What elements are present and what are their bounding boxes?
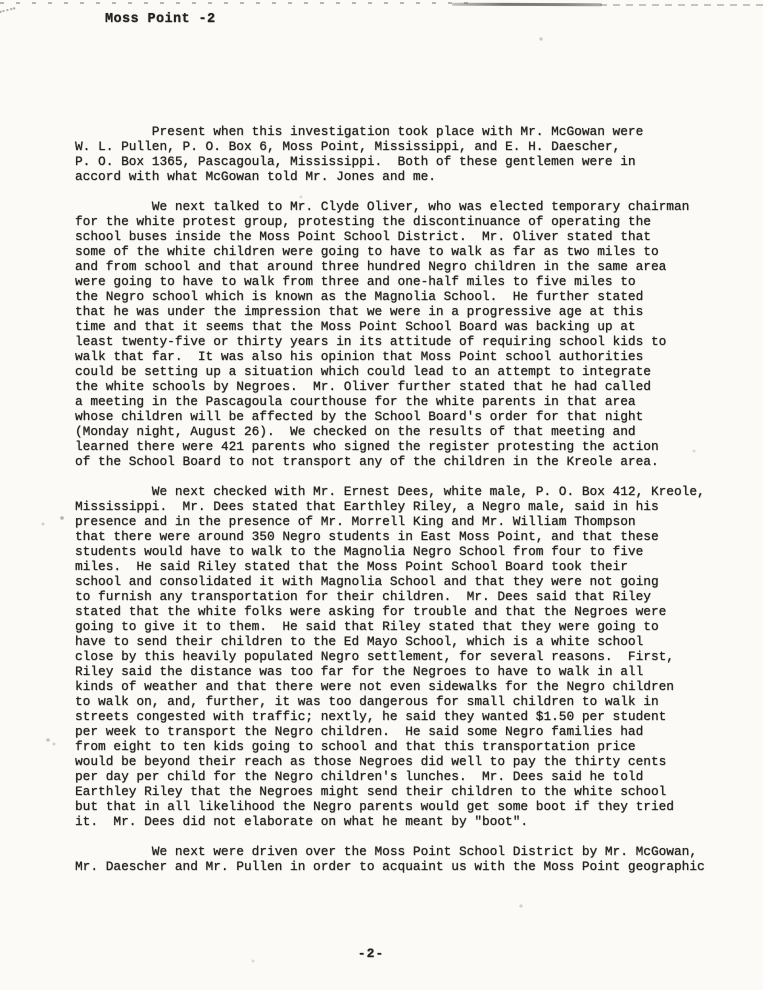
scanned-document-page: Moss Point -2 Present when this investig… xyxy=(0,0,763,990)
page-number: -2- xyxy=(0,946,742,961)
document-body: Present when this investigation took pla… xyxy=(75,124,735,889)
scan-artifact-top-line xyxy=(452,3,602,7)
scan-artifact-top-dashes xyxy=(600,4,763,6)
paragraph-present-investigation: Present when this investigation took pla… xyxy=(75,124,735,184)
page-header: Moss Point -2 xyxy=(105,12,216,27)
paragraph-driven-over-district: We next were driven over the Moss Point … xyxy=(75,844,735,874)
scan-artifact-corner-mark xyxy=(0,7,17,18)
paragraph-ernest-dees: We next checked with Mr. Ernest Dees, wh… xyxy=(75,484,735,829)
scan-artifact-top-dots xyxy=(0,2,470,4)
paragraph-clyde-oliver: We next talked to Mr. Clyde Oliver, who … xyxy=(75,199,735,469)
scan-artifact-specks xyxy=(0,0,2,2)
